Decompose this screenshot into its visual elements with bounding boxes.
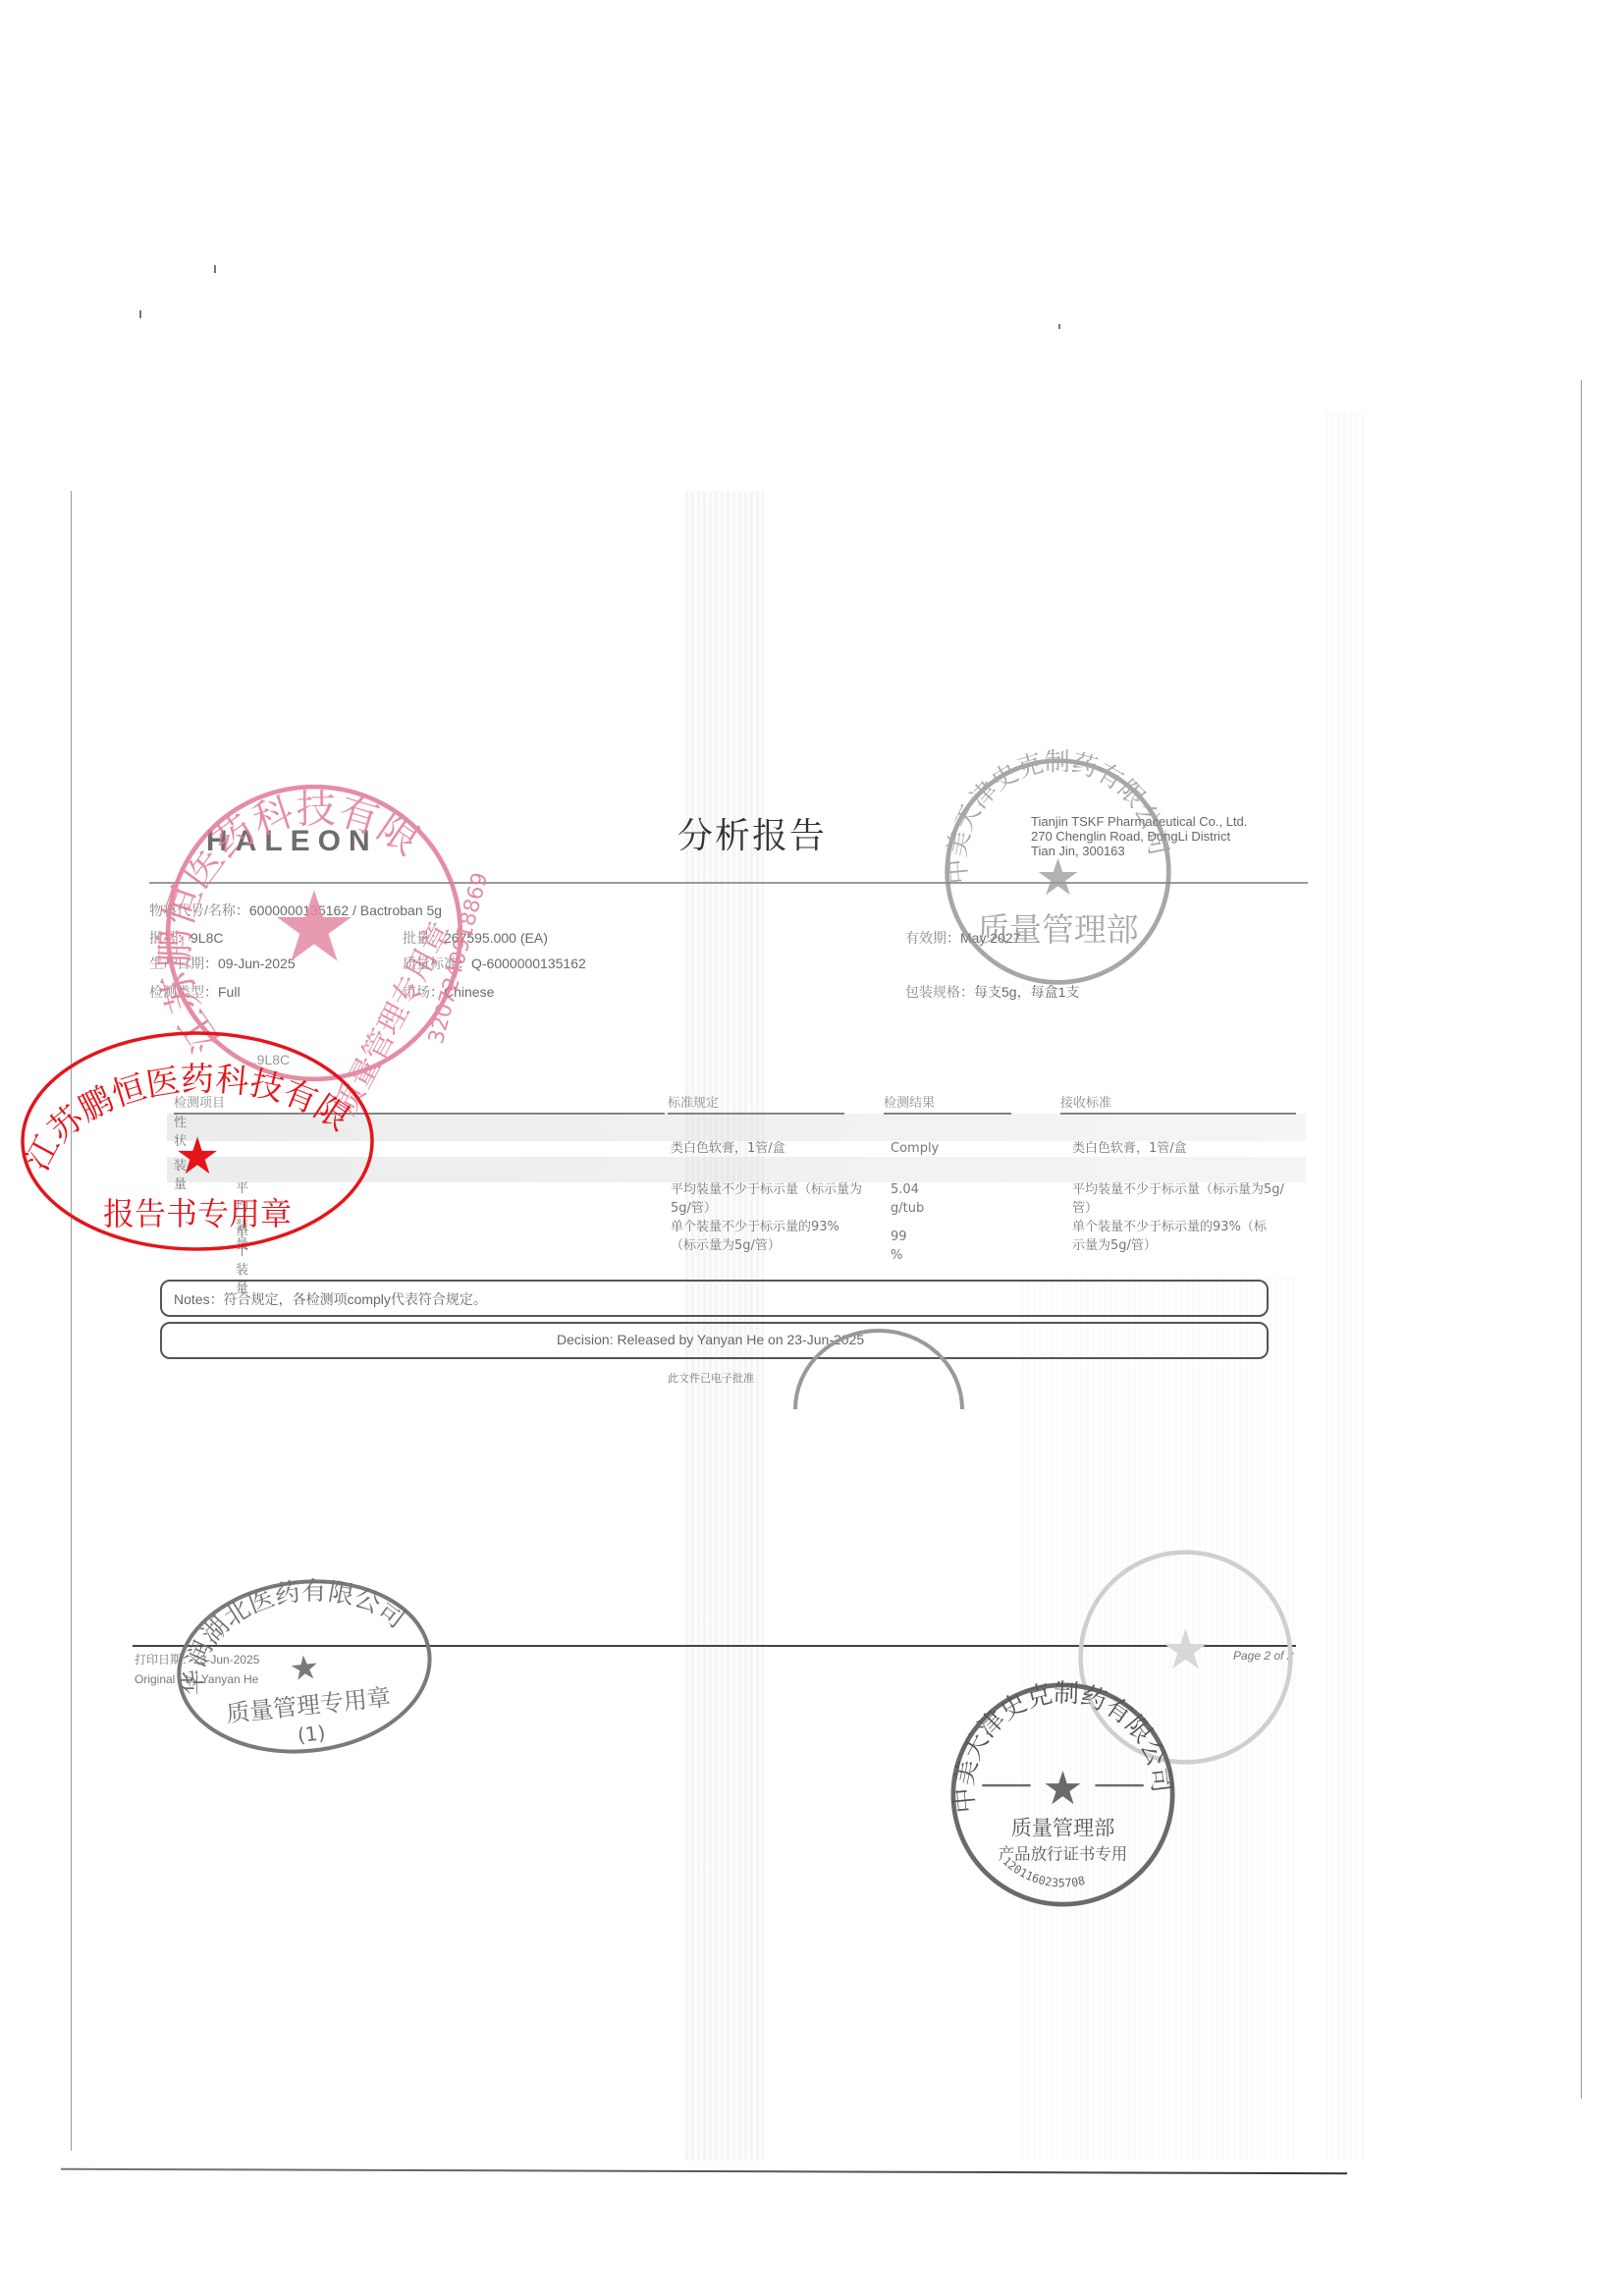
tianjin-release-stamp: 中美天津史克制药有限公司 ★ 质量管理部 产品放行证书专用 1201160235… [947, 1679, 1178, 1910]
stamp-inner-text: 报告书专用章 [103, 1195, 292, 1232]
red-report-stamp: 江苏鹏恒医药科技有限公司 ★ 报告书专用章 [12, 1026, 383, 1257]
col-header-result: 检测结果 [884, 1092, 1011, 1115]
cell-result: 99 % [891, 1228, 907, 1265]
china-resources-hubei-stamp: 华润湖北医药有限公司 ★ 质量管理专用章 (1) [163, 1562, 446, 1771]
cell-result: 5.04 g/tub [891, 1180, 924, 1218]
stamp-sub-text: (1) [297, 1721, 327, 1747]
notes-text: Notes：符合规定，各检测项comply代表符合规定。 [174, 1289, 487, 1309]
scan-speck [214, 265, 216, 273]
expiry-label: 有效期 [905, 930, 947, 946]
cell-acceptance: 单个装量不少于标示量的93%（标示量为5g/管） [1072, 1218, 1269, 1255]
spec-value: Q-6000000135162 [471, 956, 586, 971]
svg-text:★: ★ [1161, 1618, 1210, 1682]
col-header-acceptance: 接收标准 [1060, 1092, 1296, 1115]
cell-result: Comply [891, 1139, 939, 1158]
stamp-sub-text: 产品放行证书专用 [999, 1844, 1128, 1863]
scan-speck [139, 310, 141, 318]
cell-standard: 类白色软膏，1管/盒 [671, 1139, 867, 1158]
cell-standard: 平均装量不少于标示量（标示量为5g/管） [671, 1180, 867, 1218]
svg-text:★: ★ [288, 1648, 321, 1690]
decision-box: Decision: Released by Yanyan He on 23-Ju… [160, 1322, 1269, 1359]
svg-text:★: ★ [1035, 848, 1080, 907]
scan-speck [1058, 324, 1060, 329]
scan-shade-band [1325, 412, 1365, 2160]
page-edge-right [1581, 380, 1582, 2099]
electronic-approval-note: 此文件已电子批准 [668, 1370, 754, 1386]
cell-acceptance: 平均装量不少于标示量（标示量为5g/管） [1072, 1180, 1288, 1218]
col-header-standard: 标准规定 [668, 1092, 844, 1115]
report-title: 分析报告 [677, 808, 827, 858]
bottom-scan-line [61, 2168, 1347, 2175]
svg-text:★: ★ [175, 1127, 221, 1186]
cell-standard: 单个装量不少于标示量的93%（标示量为5g/管） [671, 1218, 847, 1255]
svg-text:★: ★ [271, 871, 358, 984]
stamp-inner-text: 质量管理专用章 [225, 1683, 392, 1727]
stamp-inner-text: 质量管理部 [1011, 1816, 1115, 1840]
stamp-inner-text: 质量管理部 [977, 910, 1138, 949]
notes-box: Notes：符合规定，各检测项comply代表符合规定。 [160, 1280, 1269, 1317]
decision-seal [785, 1311, 972, 1419]
page-edge-left [71, 491, 72, 2151]
tianjin-quality-stamp: 中美天津史克制药有限公司 ★ 质量管理部 [943, 756, 1173, 987]
cell-acceptance: 类白色软膏，1管/盒 [1072, 1139, 1288, 1158]
svg-text:★: ★ [1042, 1762, 1083, 1816]
